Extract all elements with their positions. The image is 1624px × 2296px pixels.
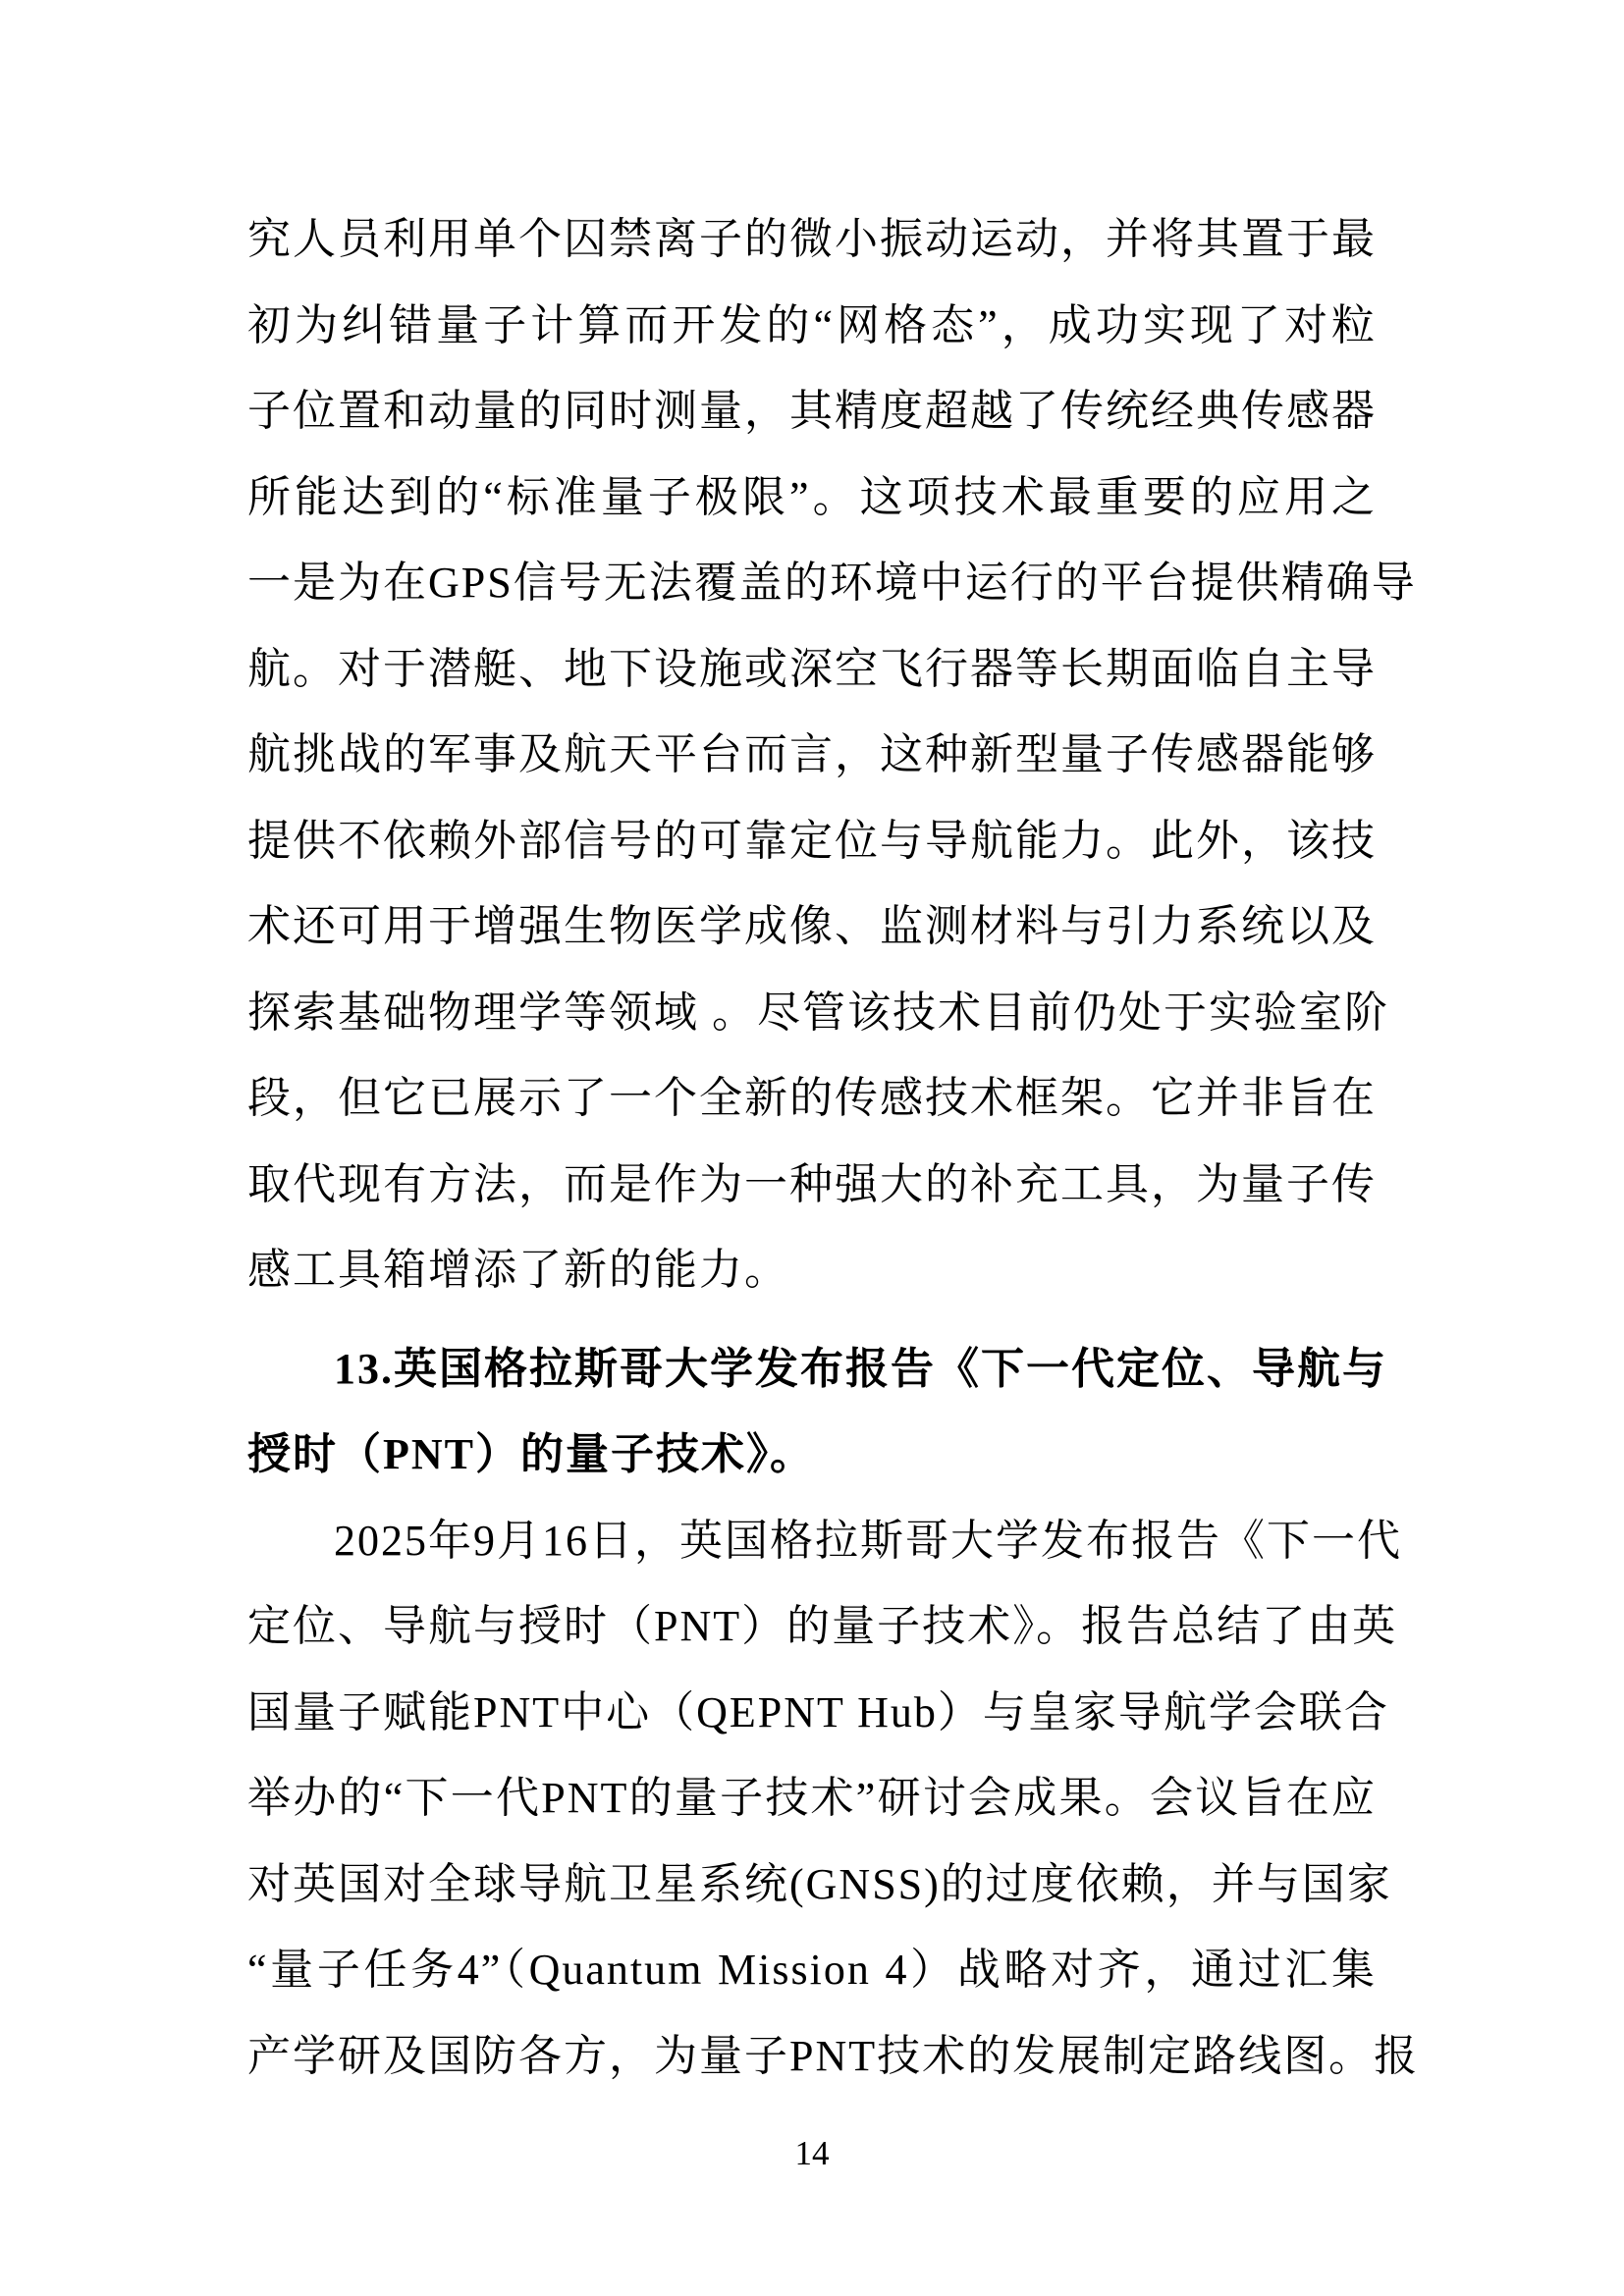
text-line: 产学研及国防各方，为量子PNT技术的发展制定路线图。报 xyxy=(247,2013,1377,2100)
page-content: 究人员利用单个囚禁离子的微小振动运动，并将其置于最初为纠错量子计算而开发的“网格… xyxy=(247,196,1377,2099)
text-line: 子位置和动量的同时测量，其精度超越了传统经典传感器 xyxy=(247,368,1377,454)
text-line: 授时（PNT）的量子技术》。 xyxy=(247,1412,1377,1498)
text-line: 对英国对全球导航卫星系统(GNSS)的过度依赖，并与国家 xyxy=(247,1842,1377,1928)
text-line: 术还可用于增强生物医学成像、监测材料与引力系统以及 xyxy=(247,883,1377,970)
text-line: 取代现有方法，而是作为一种强大的补充工具，为量子传 xyxy=(247,1142,1377,1228)
text-line: 航挑战的军事及航天平台而言，这种新型量子传感器能够 xyxy=(247,712,1377,798)
text-line: 感工具箱增添了新的能力。 xyxy=(247,1227,1377,1313)
text-line: 一是为在GPS信号无法覆盖的环境中运行的平台提供精确导 xyxy=(247,540,1377,626)
text-line: 13.英国格拉斯哥大学发布报告《下一代定位、导航与 xyxy=(247,1326,1377,1413)
text-line: 段，但它已展示了一个全新的传感技术框架。它并非旨在 xyxy=(247,1055,1377,1142)
text-line: 国量子赋能PNT中心（QEPNT Hub）与皇家导航学会联合 xyxy=(247,1670,1377,1756)
section-heading-13: 13.英国格拉斯哥大学发布报告《下一代定位、导航与授时（PNT）的量子技术》。 xyxy=(247,1326,1377,1498)
text-line: 究人员利用单个囚禁离子的微小振动运动，并将其置于最 xyxy=(247,196,1377,283)
paragraph-13: 2025年9月16日，英国格拉斯哥大学发布报告《下一代定位、导航与授时（PNT）… xyxy=(247,1498,1377,2100)
text-line: 2025年9月16日，英国格拉斯哥大学发布报告《下一代 xyxy=(247,1498,1377,1584)
page-number: 14 xyxy=(0,2132,1624,2175)
text-line: “量子任务4”（Quantum Mission 4）战略对齐，通过汇集 xyxy=(247,1927,1377,2013)
paragraph-continuation: 究人员利用单个囚禁离子的微小振动运动，并将其置于最初为纠错量子计算而开发的“网格… xyxy=(247,196,1377,1313)
text-line: 定位、导航与授时（PNT）的量子技术》。报告总结了由英 xyxy=(247,1583,1377,1670)
text-line: 探索基础物理学等领域 。尽管该技术目前仍处于实验室阶 xyxy=(247,970,1377,1056)
text-line: 所能达到的“标准量子极限”。这项技术最重要的应用之 xyxy=(247,454,1377,541)
text-line: 举办的“下一代PNT的量子技术”研讨会成果。会议旨在应 xyxy=(247,1755,1377,1842)
text-line: 提供不依赖外部信号的可靠定位与导航能力。此外，该技 xyxy=(247,798,1377,884)
text-line: 航。对于潜艇、地下设施或深空飞行器等长期面临自主导 xyxy=(247,626,1377,713)
document-page: 究人员利用单个囚禁离子的微小振动运动，并将其置于最初为纠错量子计算而开发的“网格… xyxy=(0,0,1624,2296)
text-line: 初为纠错量子计算而开发的“网格态”，成功实现了对粒 xyxy=(247,283,1377,369)
